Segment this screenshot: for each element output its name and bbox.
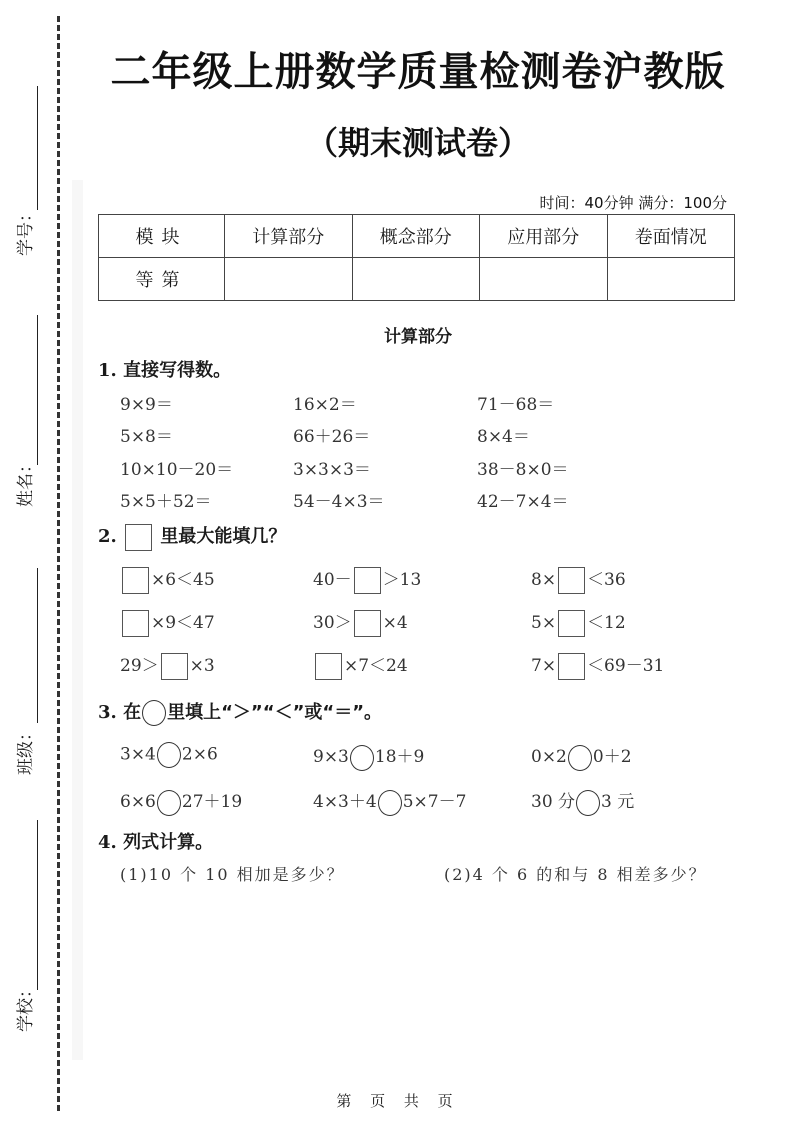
q1-item: 8×4＝ bbox=[477, 422, 530, 447]
q1-item: 71－68＝ bbox=[477, 390, 554, 415]
question-3-heading: 3. 在里填上“＞”“＜”或“＝”。 bbox=[98, 698, 382, 726]
question-1-heading: 1. 直接写得数。 bbox=[98, 356, 231, 382]
answer-box[interactable] bbox=[122, 610, 149, 637]
score-table-header: 卷面情况 bbox=[607, 215, 735, 258]
grade-row-label: 等第 bbox=[99, 258, 225, 301]
q4-subquestion-1: (1)10 个 10 相加是多少？ bbox=[120, 862, 345, 885]
answer-circle[interactable] bbox=[157, 742, 181, 768]
scan-shade bbox=[72, 180, 83, 1060]
class-blank[interactable] bbox=[37, 568, 38, 723]
question-number: 1. bbox=[98, 360, 117, 381]
page-title: 二年级上册数学质量检测卷沪教版 bbox=[98, 40, 738, 97]
q1-item: 3×3×3＝ bbox=[293, 455, 371, 480]
q2-item: 40－＞13 bbox=[313, 565, 421, 594]
answer-circle[interactable] bbox=[350, 745, 374, 771]
q1-item: 9×9＝ bbox=[120, 390, 173, 415]
q2-item: 7×＜69－31 bbox=[531, 651, 664, 680]
q1-item: 66＋26＝ bbox=[293, 422, 370, 447]
q2-item: 8×＜36 bbox=[531, 565, 626, 594]
q3-item: 0×20＋2 bbox=[531, 742, 632, 771]
side-field-school: 学校： bbox=[0, 800, 54, 1060]
side-field-student-number: 学号： bbox=[0, 0, 54, 300]
question-text: 里最大能填几？ bbox=[160, 526, 286, 547]
grade-cell[interactable] bbox=[480, 258, 608, 301]
question-text: 里填上“＞”“＜”或“＝”。 bbox=[167, 702, 382, 723]
answer-box[interactable] bbox=[161, 653, 188, 680]
answer-box[interactable] bbox=[558, 610, 585, 637]
score-table-header: 计算部分 bbox=[225, 215, 353, 258]
grade-cell[interactable] bbox=[352, 258, 480, 301]
binding-cut-line bbox=[57, 16, 60, 1111]
grade-cell[interactable] bbox=[607, 258, 735, 301]
score-table-grade-row: 等第 bbox=[99, 258, 735, 301]
q3-item: 9×318＋9 bbox=[313, 742, 424, 771]
student-number-label: 学号： bbox=[16, 232, 36, 256]
side-field-class: 班级： bbox=[0, 560, 54, 800]
q3-item: 6×627＋19 bbox=[120, 787, 242, 816]
question-2-heading: 2. 里最大能填几？ bbox=[98, 522, 286, 551]
question-text: 直接写得数。 bbox=[123, 360, 231, 381]
question-number: 4. bbox=[98, 832, 117, 853]
score-table-header-row: 模块 计算部分 概念部分 应用部分 卷面情况 bbox=[99, 215, 735, 258]
answer-box[interactable] bbox=[354, 567, 381, 594]
q2-item: 29＞×3 bbox=[120, 651, 215, 680]
answer-box[interactable] bbox=[558, 567, 585, 594]
blank-circle-icon bbox=[142, 700, 166, 726]
q1-item: 54－4×3＝ bbox=[293, 487, 385, 512]
student-name-blank[interactable] bbox=[37, 315, 38, 465]
q2-item: ×6＜45 bbox=[120, 565, 215, 594]
q3-item: 3×42×6 bbox=[120, 742, 218, 768]
question-text: 列式计算。 bbox=[123, 832, 213, 853]
question-number: 3. bbox=[98, 702, 117, 723]
grade-cell[interactable] bbox=[225, 258, 353, 301]
section-title: 计算部分 bbox=[98, 322, 738, 347]
school-blank[interactable] bbox=[37, 820, 38, 990]
q2-item: 30＞×4 bbox=[313, 608, 408, 637]
side-field-student-name: 姓名： bbox=[0, 300, 54, 550]
q1-item: 42－7×4＝ bbox=[477, 487, 569, 512]
blank-box-icon bbox=[125, 524, 152, 551]
answer-box[interactable] bbox=[354, 610, 381, 637]
q1-item: 16×2＝ bbox=[293, 390, 357, 415]
score-table-header: 模块 bbox=[99, 215, 225, 258]
page-footer: 第 页 共 页 bbox=[0, 1090, 793, 1111]
school-label: 学校： bbox=[16, 1008, 36, 1032]
q1-item: 5×5＋52＝ bbox=[120, 487, 212, 512]
answer-circle[interactable] bbox=[157, 790, 181, 816]
answer-box[interactable] bbox=[315, 653, 342, 680]
q2-item: ×9＜47 bbox=[120, 608, 215, 637]
question-4-heading: 4. 列式计算。 bbox=[98, 828, 213, 854]
exam-meta: 时间：40分钟 满分：100分 bbox=[540, 192, 728, 213]
q3-item: 4×3＋45×7－7 bbox=[313, 787, 466, 816]
q1-item: 38－8×0＝ bbox=[477, 455, 569, 480]
class-label: 班级： bbox=[16, 751, 36, 775]
score-table: 模块 计算部分 概念部分 应用部分 卷面情况 等第 bbox=[98, 214, 735, 301]
q2-item: ×7＜24 bbox=[313, 651, 408, 680]
answer-circle[interactable] bbox=[568, 745, 592, 771]
q4-subquestion-2: (2)4 个 6 的和与 8 相差多少？ bbox=[444, 862, 707, 885]
student-name-label: 姓名： bbox=[16, 483, 36, 507]
student-number-blank[interactable] bbox=[37, 86, 38, 210]
answer-box[interactable] bbox=[558, 653, 585, 680]
q1-item: 5×8＝ bbox=[120, 422, 173, 447]
q1-item: 10×10－20＝ bbox=[120, 455, 233, 480]
answer-circle[interactable] bbox=[576, 790, 600, 816]
score-table-header: 概念部分 bbox=[352, 215, 480, 258]
question-number: 2. bbox=[98, 526, 117, 547]
q3-item: 30 分3 元 bbox=[531, 787, 634, 816]
score-table-header: 应用部分 bbox=[480, 215, 608, 258]
answer-box[interactable] bbox=[122, 567, 149, 594]
page-subtitle: （期末测试卷） bbox=[98, 118, 738, 164]
q2-item: 5×＜12 bbox=[531, 608, 626, 637]
answer-circle[interactable] bbox=[378, 790, 402, 816]
